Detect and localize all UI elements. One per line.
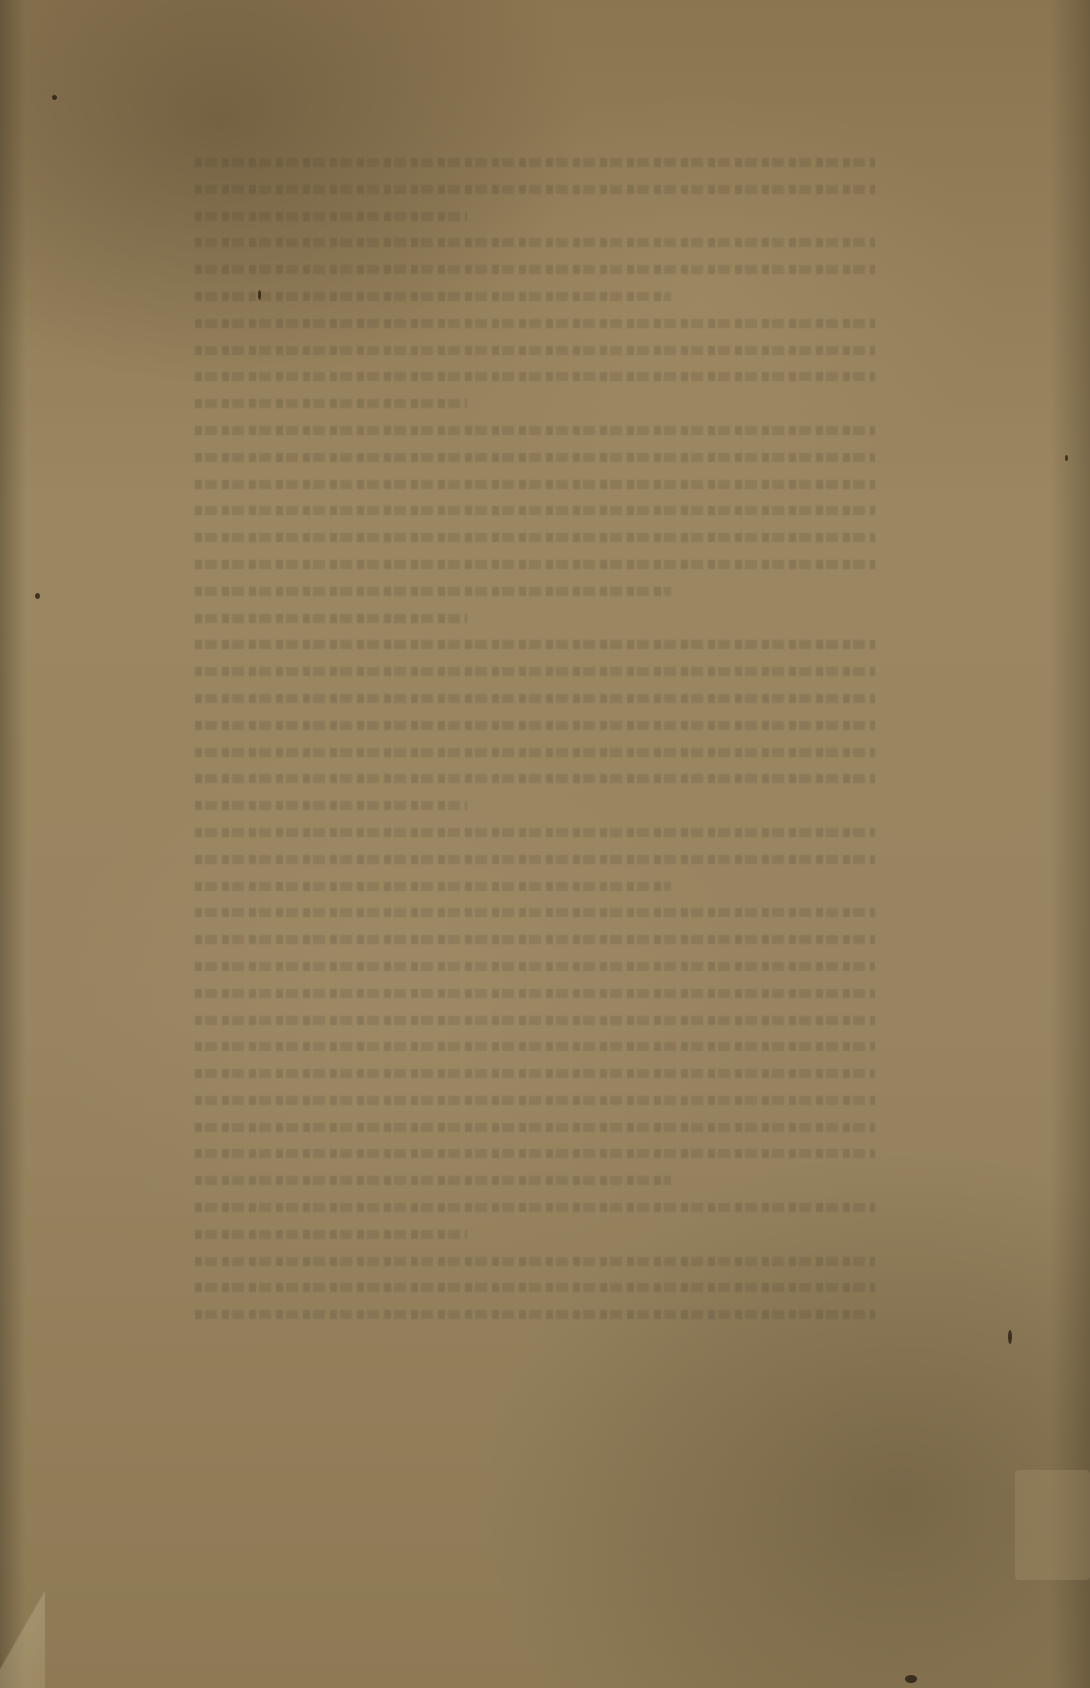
bleed-through-line: [195, 1176, 671, 1185]
ink-speck: [258, 290, 261, 300]
bleed-through-line: [195, 748, 875, 757]
ink-speck: [1008, 1330, 1012, 1344]
bleed-through-line: [195, 989, 875, 998]
bleed-through-line: [195, 212, 467, 221]
ink-speck: [52, 95, 57, 100]
bleed-through-line: [195, 1149, 875, 1158]
bleed-through-line: [195, 399, 467, 408]
faded-stamp-mark: [1015, 1470, 1090, 1580]
bleed-through-line: [195, 908, 875, 917]
scanned-page: [0, 0, 1090, 1688]
bleed-through-line: [195, 238, 875, 247]
bleed-through-line: [195, 962, 875, 971]
bleed-through-line: [195, 587, 671, 596]
bleed-through-line: [195, 721, 875, 730]
bleed-through-line: [195, 453, 875, 462]
bleed-through-line: [195, 855, 875, 864]
bleed-through-line: [195, 1230, 467, 1239]
bleed-through-line: [195, 1310, 875, 1319]
bleed-through-line: [195, 1203, 875, 1212]
bleed-through-line: [195, 774, 875, 783]
bleed-through-line: [195, 1283, 875, 1292]
bleed-through-line: [195, 265, 875, 274]
bleed-through-line: [195, 828, 875, 837]
bleed-through-line: [195, 882, 671, 891]
bleed-through-line: [195, 801, 467, 810]
bleed-through-line: [195, 1123, 875, 1132]
ink-speck: [905, 1675, 917, 1683]
page-edge-shadow-right: [1050, 0, 1090, 1688]
page-edge-shadow-left: [0, 0, 26, 1688]
bleed-through-line: [195, 614, 467, 623]
bleed-through-line: [195, 1257, 875, 1266]
bleed-through-line: [195, 158, 875, 167]
bleed-through-line: [195, 346, 875, 355]
bleed-through-line: [195, 372, 875, 381]
ink-speck: [1065, 455, 1068, 461]
bleed-through-line: [195, 694, 875, 703]
bleed-through-line: [195, 480, 875, 489]
ink-speck: [35, 593, 40, 599]
bleed-through-text-block: [195, 158, 875, 1337]
bleed-through-line: [195, 667, 875, 676]
bleed-through-line: [195, 1069, 875, 1078]
bleed-through-line: [195, 185, 875, 194]
bleed-through-line: [195, 1096, 875, 1105]
folded-corner: [0, 1568, 45, 1688]
bleed-through-line: [195, 1016, 875, 1025]
bleed-through-line: [195, 506, 875, 515]
bleed-through-line: [195, 292, 671, 301]
bleed-through-line: [195, 533, 875, 542]
bleed-through-line: [195, 426, 875, 435]
bleed-through-line: [195, 1042, 875, 1051]
bleed-through-line: [195, 935, 875, 944]
bleed-through-line: [195, 319, 875, 328]
bleed-through-line: [195, 560, 875, 569]
bleed-through-line: [195, 640, 875, 649]
